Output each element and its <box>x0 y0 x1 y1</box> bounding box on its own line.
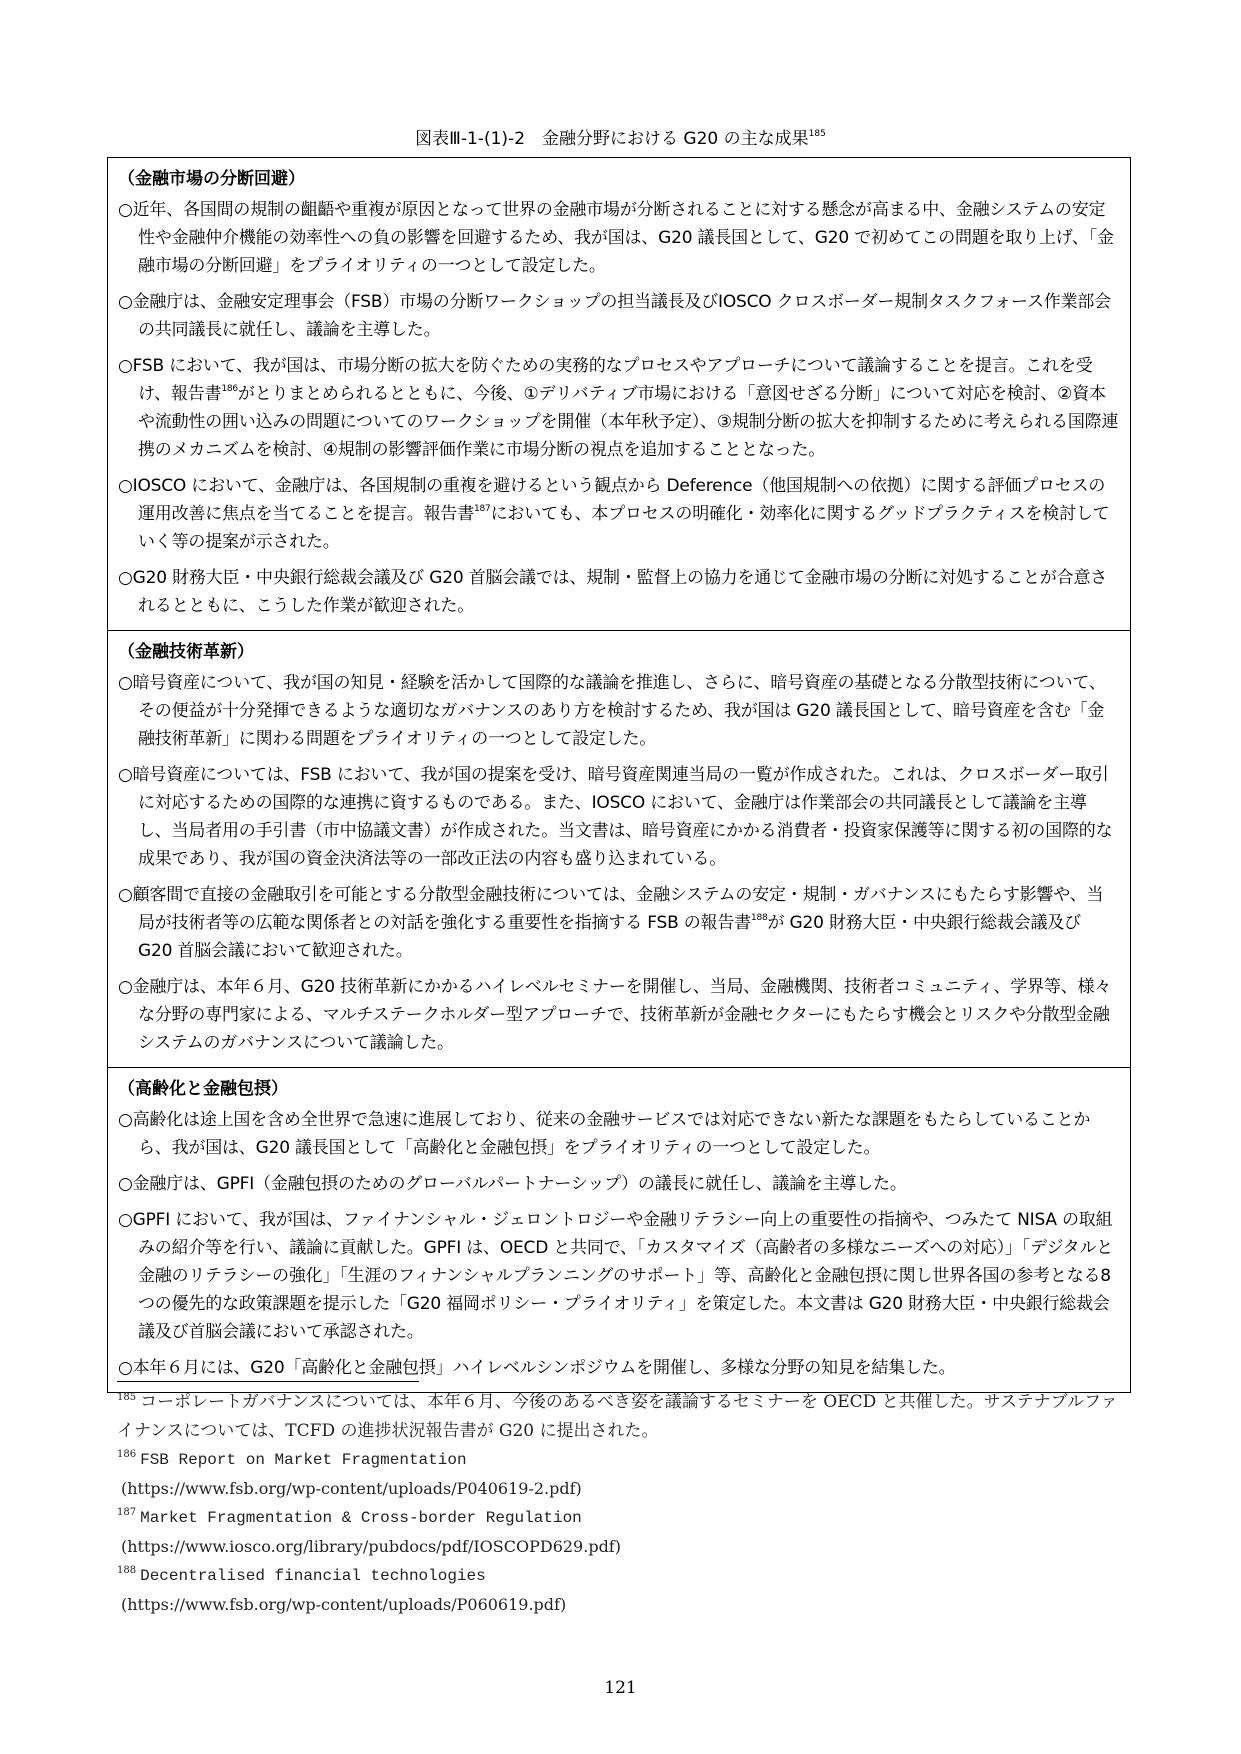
section-title: （金融技術革新） <box>118 639 1120 665</box>
list-item: ○近年、各国間の規制の齟齬や重複が原因となって世界の金融市場が分断されることに対… <box>118 196 1120 280</box>
footnote-ref[interactable]: 187 <box>474 504 491 514</box>
list-item: ○IOSCO において、金融庁は、各国規制の重複を避けるという観点から Defe… <box>118 472 1120 556</box>
footnotes: 185コーポレートガバナンスについては、本年６月、今後のあるべき姿を議論するセミ… <box>117 1388 1127 1619</box>
list-item: ○暗号資産について、我が国の知見・経験を活かして国際的な議論を推進し、さらに、暗… <box>118 669 1120 753</box>
footnote-ref[interactable]: 186 <box>221 384 238 394</box>
section-market-fragmentation: （金融市場の分断回避） ○近年、各国間の規制の齟齬や重複が原因となって世界の金融… <box>108 158 1130 630</box>
footnote-185: 185コーポレートガバナンスについては、本年６月、今後のあるべき姿を議論するセミ… <box>117 1388 1127 1445</box>
list-item: ○顧客間で直接の金融取引を可能とする分散型金融技術については、金融システムの安定… <box>118 881 1120 965</box>
footnote-186: 186FSB Report on Market Fragmentation(ht… <box>117 1445 1127 1503</box>
list-item: ○暗号資産については、FSB において、我が国の提案を受け、暗号資産関連当局の一… <box>118 761 1120 873</box>
section-title: （高齢化と金融包摂） <box>118 1076 1120 1102</box>
list-item: ○FSB において、我が国は、市場分断の拡大を防ぐための実務的なプロセスやアプロ… <box>118 352 1120 464</box>
footnote-link[interactable]: (https://www.fsb.org/wp-content/uploads/… <box>117 1591 1127 1620</box>
list-item: ○金融庁は、本年６月、G20 技術革新にかかるハイレベルセミナーを開催し、当局、… <box>118 973 1120 1057</box>
achievements-table: （金融市場の分断回避） ○近年、各国間の規制の齟齬や重複が原因となって世界の金融… <box>107 157 1131 1393</box>
section-aging-financial-inclusion: （高齢化と金融包摂） ○高齢化は途上国を含め全世界で急速に進展しており、従来の金… <box>108 1067 1130 1392</box>
section-fintech-innovation: （金融技術革新） ○暗号資産について、我が国の知見・経験を活かして国際的な議論を… <box>108 630 1130 1067</box>
footnote-link[interactable]: (https://www.iosco.org/library/pubdocs/p… <box>117 1533 1127 1562</box>
page-number: 121 <box>0 1678 1241 1698</box>
list-item: ○高齢化は途上国を含め全世界で急速に進展しており、従来の金融サービスでは対応でき… <box>118 1106 1120 1162</box>
list-item: ○G20 財務大臣・中央銀行総裁会議及び G20 首脳会議では、規制・監督上の協… <box>118 564 1120 620</box>
footnote-188: 188Decentralised financial technologies(… <box>117 1561 1127 1619</box>
footnote-link[interactable]: (https://www.fsb.org/wp-content/uploads/… <box>117 1475 1127 1504</box>
section-title: （金融市場の分断回避） <box>118 166 1120 192</box>
footnote-ref[interactable]: 188 <box>751 913 768 923</box>
caption-text: 図表Ⅲ-1-(1)-2 金融分野における G20 の主な成果 <box>415 129 808 149</box>
list-item: ○金融庁は、GPFI（金融包摂のためのグローバルパートナーシップ）の議長に就任し… <box>118 1170 1120 1198</box>
footnote-187: 187Market Fragmentation & Cross-border R… <box>117 1503 1127 1561</box>
list-item: ○金融庁は、金融安定理事会（FSB）市場の分断ワークショップの担当議長及びIOS… <box>118 288 1120 344</box>
list-item: ○GPFI において、我が国は、ファイナンシャル・ジェロントロジーや金融リテラシ… <box>118 1206 1120 1346</box>
caption-footnote-ref[interactable]: 185 <box>809 129 826 139</box>
list-item: ○本年６月には、G20「高齢化と金融包摂」ハイレベルシンポジウムを開催し、多様な… <box>118 1354 1120 1382</box>
footnote-divider <box>117 1381 419 1382</box>
figure-caption: 図表Ⅲ-1-(1)-2 金融分野における G20 の主な成果185 <box>0 124 1241 149</box>
